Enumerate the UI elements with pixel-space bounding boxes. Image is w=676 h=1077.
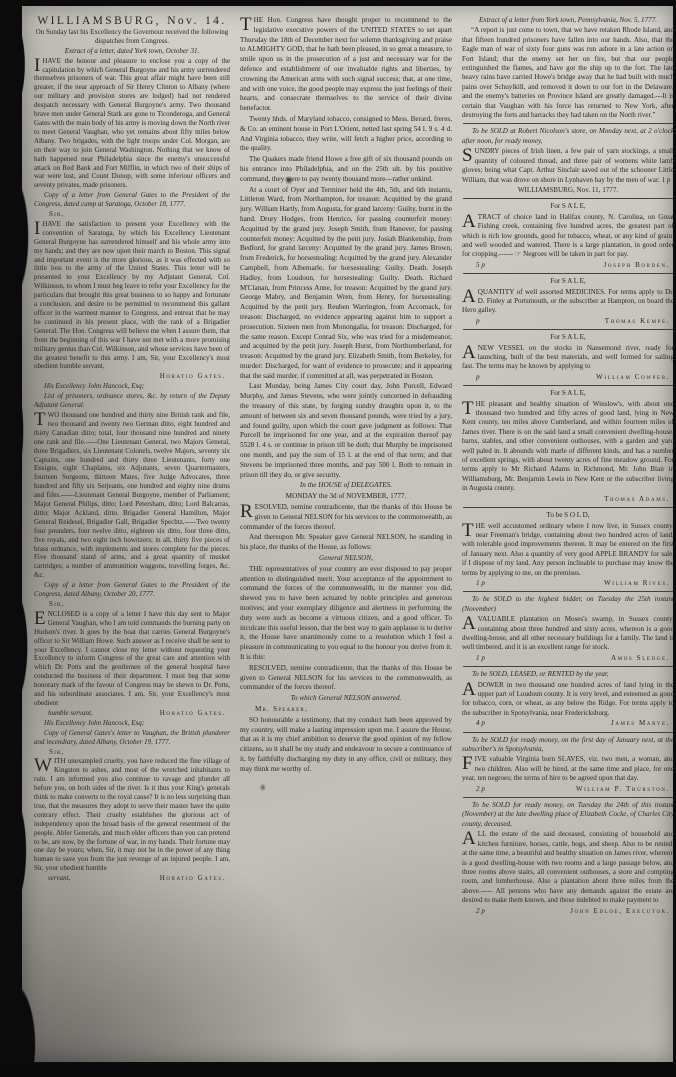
drop-cap: A xyxy=(462,213,478,229)
addressee-line: His Excellency John Hancock, Esq; xyxy=(34,719,230,728)
section-heading: In the HOUSE of DELEGATES. xyxy=(240,481,452,491)
signature-line: 2 pWilliam P. Thurston. xyxy=(462,785,674,794)
signature-prefix: p xyxy=(476,373,480,382)
text-run: TRACT of choice land in Halifax county, … xyxy=(462,213,674,259)
ad-heading: For S A L E, xyxy=(462,333,674,342)
text-run: His Excellency John Hancock, Esq; xyxy=(44,382,144,390)
signature-line: 1 pWilliam Rives. xyxy=(462,579,674,588)
text-run: To be S O L D, xyxy=(547,511,590,519)
signature-name: William Rives. xyxy=(604,579,670,588)
signature-line: humble servant,Horatio Gates. xyxy=(34,709,230,718)
text-run: To be SOLD for ready money, on Tuesday t… xyxy=(462,801,674,828)
paragraph: IHAVE the satisfaction to present your E… xyxy=(34,220,230,371)
drop-cap: A xyxy=(462,830,478,846)
letter-heading: Extract of a letter from York town, Penn… xyxy=(462,16,674,25)
salutation: Sir, xyxy=(49,600,230,609)
text-run: General NELSON, xyxy=(319,554,373,562)
text-run: HE pleasant and healthy situation of Win… xyxy=(462,400,674,493)
text-run: Copy of a letter from General Gates to t… xyxy=(34,581,230,598)
paragraph: FIVE valuable Virginia born SLAVES, viz.… xyxy=(462,755,674,783)
text-run: WILLIAMSBURG, Nov. 11, 1777. xyxy=(518,186,618,194)
text-run: At a court of Oyer and Terminer held the… xyxy=(240,186,452,380)
letter-heading: Copy of a letter from General Gates to t… xyxy=(34,191,230,209)
news-column-right: Extract of a letter from York town, Penn… xyxy=(462,16,674,1052)
signature-line: 5 pJoseph Borden. xyxy=(462,261,674,270)
signature-line: 2 pJohn Edloe, Executor. xyxy=(462,907,674,916)
paragraph: THE Hon. Congress have thought proper to… xyxy=(240,16,452,114)
addressee-line: His Excellency John Hancock, Esq; xyxy=(34,382,230,391)
paragraph: WITH unexampled cruelty, you have reduce… xyxy=(34,757,230,873)
paragraph: THE pleasant and healthy situation of Wi… xyxy=(462,400,674,494)
paragraph: SUNDRY pieces of Irish linen, a few pair… xyxy=(462,147,674,185)
address-heading: General NELSON, xyxy=(240,554,452,564)
text-run: Copy of General Gates's letter to Vaugha… xyxy=(34,729,230,746)
signature-name: Amos Sledge. xyxy=(611,654,670,663)
text-run: NEW VESSEL on the stocks in Nansemond ri… xyxy=(462,344,674,371)
ad-divider-rule xyxy=(463,666,673,667)
text-run: Extract of a letter from York town, Penn… xyxy=(479,16,657,24)
signature-line: Thomas Adams. xyxy=(462,495,674,504)
drop-cap: W xyxy=(34,757,54,773)
signature-line: 4 pJames Marye. xyxy=(462,719,674,728)
paragraph: AVALUABLE plantation on Moses's swamp, i… xyxy=(462,615,674,653)
text-run: Sir, xyxy=(49,210,64,218)
paragraph: THE well accustomed ordinary where I now… xyxy=(462,522,674,578)
text-run: List of prisoners, ordnance stores, &c. … xyxy=(34,392,230,409)
text-run: HE well accustomed ordinary where I now … xyxy=(462,522,674,577)
ad-divider-rule xyxy=(463,198,673,199)
paragraph: Twenty hhds. of Maryland tobacco, consig… xyxy=(240,115,452,154)
paragraph: And thereupon Mr. Speaker gave General N… xyxy=(240,533,452,553)
ad-divider-rule xyxy=(463,797,673,798)
signature-line: servant,Horatio Gates. xyxy=(34,874,230,883)
signature-name: James Marye. xyxy=(611,719,670,728)
newspaper-scan: WILLIAMSBURG, Nov. 14.On Sunday last his… xyxy=(0,0,676,1077)
text-run: SO honourable a testimony, that my condu… xyxy=(240,716,452,773)
ad-divider-rule xyxy=(463,591,673,592)
text-run: In the HOUSE of DELEGATES. xyxy=(300,481,392,489)
drop-cap: A xyxy=(462,681,478,697)
ad-divider-rule xyxy=(463,329,673,330)
text-run: And thereupon Mr. Speaker gave General N… xyxy=(240,533,452,551)
paragraph: ENCLOSED is a copy of a letter I have th… xyxy=(34,610,230,708)
text-run: WO thousand one hundred and thirty nine … xyxy=(34,411,230,579)
text-run: ESOLVED, nemine contradicente, that the … xyxy=(240,503,452,531)
ad-heading: To be SOLD to the highest bidder, on Tue… xyxy=(462,595,674,614)
ad-divider-rule xyxy=(463,732,673,733)
bottom-edge-shadow xyxy=(0,1062,676,1077)
signature-name: William P. Thurston. xyxy=(576,785,670,794)
paragraph: ALL the estate of the said deceased, con… xyxy=(462,830,674,905)
salutation: Mr. Speaker, xyxy=(255,705,452,715)
signature-line: 1 pAmos Sledge. xyxy=(462,654,674,663)
ad-heading: To be SOLD, LEASED, or RENTED by the yea… xyxy=(462,670,674,679)
text-run: IVE valuable Virginia born SLAVES, viz. … xyxy=(462,755,674,782)
text-run: RESOLVED, nemine contradicente, that the… xyxy=(240,664,452,692)
ad-heading: To be S O L D, xyxy=(462,511,674,520)
signature-prefix: 2 p xyxy=(476,907,485,916)
letter-heading: Copy of a letter from General Gates to t… xyxy=(34,581,230,599)
drop-cap: T xyxy=(240,16,254,32)
ad-heading: For S A L E, xyxy=(462,277,674,286)
ad-divider-rule xyxy=(463,273,673,274)
text-run: Twenty hhds. of Maryland tobacco, consig… xyxy=(240,115,452,152)
signature-prefix: 4 p xyxy=(476,719,485,728)
text-run: His Excellency John Hancock, Esq; xyxy=(44,719,144,727)
ad-divider-rule xyxy=(463,123,673,124)
text-run: To be SOLD at Robert Nicolson's store, o… xyxy=(462,127,674,144)
news-column-left: WILLIAMSBURG, Nov. 14.On Sunday last his… xyxy=(34,16,230,1052)
text-run: NCLOSED is a copy of a letter I have thi… xyxy=(34,610,230,707)
signature-name: William Cowper. xyxy=(596,373,670,382)
masthead: WILLIAMSBURG, Nov. 14. xyxy=(34,17,230,26)
text-run: The Quakers made friend Howe a free gift… xyxy=(240,155,452,183)
signature-line: Horatio Gates. xyxy=(34,372,230,381)
paragraph: At a court of Oyer and Terminer held the… xyxy=(240,186,452,382)
ad-heading: To be SOLD at Robert Nicolson's store, o… xyxy=(462,127,674,146)
signature-name: Joseph Borden. xyxy=(604,261,671,270)
newspaper-page: WILLIAMSBURG, Nov. 14.On Sunday last his… xyxy=(22,6,673,1062)
text-run: HAVE the honour and pleasure to enclose … xyxy=(34,57,230,190)
paragraph: ANEW VESSEL on the stocks in Nansemond r… xyxy=(462,344,674,372)
drop-cap: T xyxy=(462,522,476,538)
text-run: WILLIAMSBURG, Nov. 14. xyxy=(37,16,226,27)
session-date: MONDAY the 3d of NOVEMBER, 1777. xyxy=(240,492,452,502)
text-run: QUANTITY of well assorted MEDICINES. For… xyxy=(462,288,674,315)
paragraph: “A report is just come to town, that we … xyxy=(462,26,674,120)
signature-prefix: servant, xyxy=(48,874,70,883)
text-run: Extract of a letter, dated York town, Oc… xyxy=(65,47,199,55)
paragraph: Last Monday, being James City court day,… xyxy=(240,382,452,480)
ad-heading: To be SOLD for ready money, on Tuesday t… xyxy=(462,801,674,829)
signature-line: pThomas Kempe. xyxy=(462,317,674,326)
paragraph: ADOWER in two thousand one hundred acres… xyxy=(462,681,674,719)
text-run: Last Monday, being James City court day,… xyxy=(240,382,452,478)
letter-heading: Extract of a letter, dated York town, Oc… xyxy=(34,47,230,56)
paragraph: SO honourable a testimony, that my condu… xyxy=(240,716,452,775)
signature-prefix: p xyxy=(476,317,480,326)
text-run: Sir, xyxy=(49,600,64,608)
text-run: DOWER in two thousand one hundred acres … xyxy=(462,681,674,717)
text-run: For S A L E, xyxy=(550,389,585,397)
text-run: To be SOLD for ready money, on the first… xyxy=(462,736,674,753)
text-run: To be SOLD, LEASED, or RENTED by the yea… xyxy=(472,670,609,678)
paragraph: ATRACT of choice land in Halifax county,… xyxy=(462,213,674,260)
ad-heading: To be SOLD for ready money, on the first… xyxy=(462,736,674,755)
signature-name: Thomas Adams. xyxy=(604,495,670,504)
paragraph: THE representatives of your country are … xyxy=(240,565,452,663)
ad-divider-rule xyxy=(463,507,673,508)
drop-cap: A xyxy=(462,344,478,360)
text-run: Sir, xyxy=(49,748,64,756)
signature-name: Horatio Gates. xyxy=(160,372,226,381)
drop-cap: S xyxy=(462,147,475,163)
text-run: To which General NELSON answered. xyxy=(291,694,402,702)
text-run: Mr. Speaker, xyxy=(255,705,308,713)
salutation: Sir, xyxy=(49,210,230,219)
address-heading: To which General NELSON answered. xyxy=(240,694,452,704)
ad-divider-rule xyxy=(463,385,673,386)
signature-prefix: 5 p xyxy=(476,261,485,270)
drop-cap: A xyxy=(462,615,478,631)
paragraph: RESOLVED, nemine contradicente, that the… xyxy=(240,503,452,532)
text-run: For S A L E, xyxy=(550,333,585,341)
signature-name: John Edloe, Executor. xyxy=(570,907,670,916)
ad-heading: For S A L E, xyxy=(462,389,674,398)
text-run: THE representatives of your country are … xyxy=(240,565,452,661)
signature-name: Horatio Gates. xyxy=(160,709,226,718)
paragraph: IHAVE the honour and pleasure to enclose… xyxy=(34,57,230,191)
text-run: “A report is just come to town, that we … xyxy=(462,26,674,119)
text-run: MONDAY the 3d of NOVEMBER, 1777. xyxy=(286,492,407,500)
signature-name: Thomas Kempe. xyxy=(605,317,670,326)
text-run: On Sunday last his Excellency the Govern… xyxy=(36,28,229,45)
signature-prefix: humble servant, xyxy=(48,709,93,718)
text-run: HE Hon. Congress have thought proper to … xyxy=(240,16,452,112)
drop-cap: R xyxy=(240,503,255,519)
drop-cap: F xyxy=(462,755,475,771)
list-heading: List of prisoners, ordnance stores, &c. … xyxy=(34,392,230,410)
drop-cap: E xyxy=(34,610,48,626)
text-run: For S A L E, xyxy=(550,277,585,285)
signature-prefix: 1 p xyxy=(476,579,485,588)
drop-cap: T xyxy=(34,411,48,427)
text-run: For S A L E, xyxy=(550,202,585,210)
text-run: HAVE the satisfaction to present your Ex… xyxy=(34,220,230,371)
paragraph: The Quakers made friend Howe a free gift… xyxy=(240,155,452,184)
page-columns: WILLIAMSBURG, Nov. 14.On Sunday last his… xyxy=(22,6,673,1052)
paragraph: TWO thousand one hundred and thirty nine… xyxy=(34,411,230,580)
drop-cap: A xyxy=(462,288,478,304)
text-run: ITH unexampled cruelty, you have reduced… xyxy=(34,757,230,872)
signature-line: pWilliam Cowper. xyxy=(462,373,674,382)
text-run: To be SOLD to the highest bidder, on Tue… xyxy=(462,595,674,612)
salutation: Sir, xyxy=(49,748,230,757)
text-run: VALUABLE plantation on Moses's swamp, in… xyxy=(462,615,674,651)
signature-name: Horatio Gates. xyxy=(160,874,226,883)
drop-cap: T xyxy=(462,400,476,416)
signature-prefix: 2 p xyxy=(476,785,485,794)
ad-heading: For S A L E, xyxy=(462,202,674,211)
ad-dateline: WILLIAMSBURG, Nov. 11, 1777. xyxy=(462,186,674,195)
text-run: UNDRY pieces of Irish linen, a few pair … xyxy=(462,147,674,183)
news-column-middle: THE Hon. Congress have thought proper to… xyxy=(240,16,452,1052)
letter-heading: Copy of General Gates's letter to Vaugha… xyxy=(34,729,230,747)
dateline: On Sunday last his Excellency the Govern… xyxy=(34,28,230,46)
paragraph: AQUANTITY of well assorted MEDICINES. Fo… xyxy=(462,288,674,316)
signature-prefix: 1 p xyxy=(476,654,485,663)
text-run: Copy of a letter from General Gates to t… xyxy=(34,191,230,208)
paragraph: RESOLVED, nemine contradicente, that the… xyxy=(240,664,452,693)
text-run: LL the estate of the said deceased, cons… xyxy=(462,830,674,904)
